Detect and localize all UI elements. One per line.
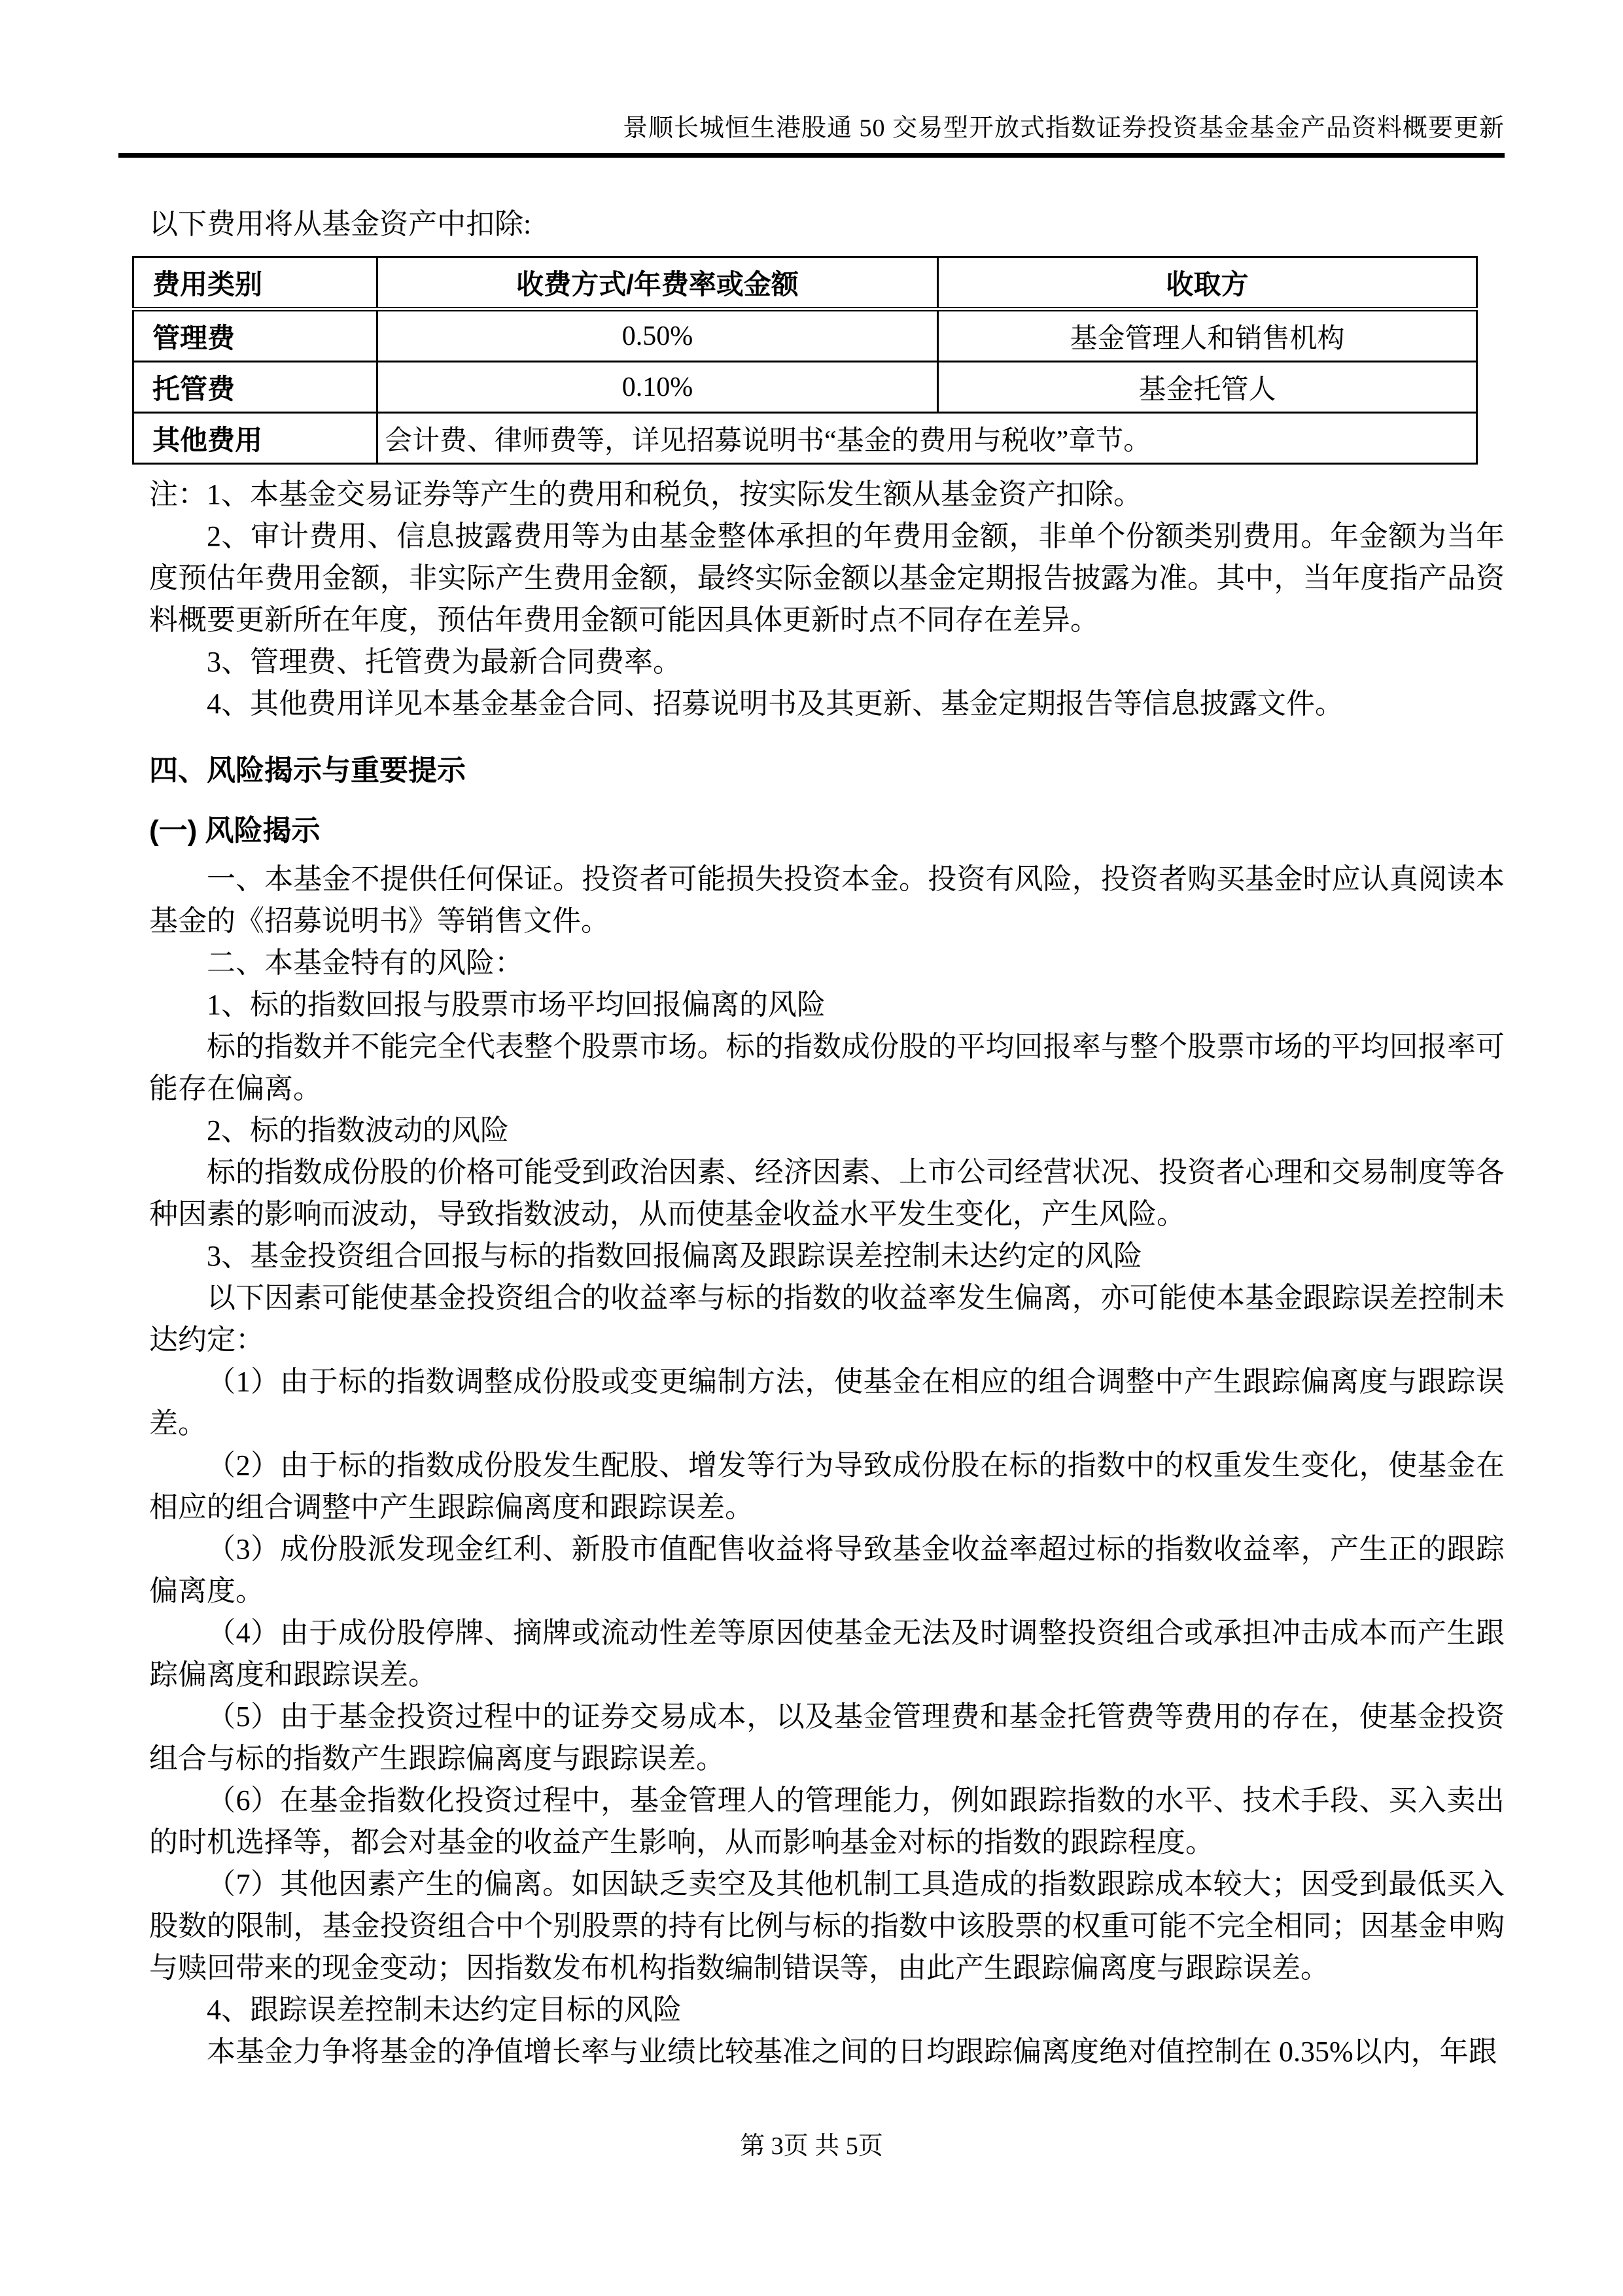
paragraph: 二、本基金特有的风险： <box>149 942 1505 984</box>
fee-table-row: 管理费 0.50% 基金管理人和销售机构 <box>133 309 1477 362</box>
fee-notes: 注：1、本基金交易证券等产生的费用和税负，按实际发生额从基金资产扣除。2、审计费… <box>149 474 1505 725</box>
paragraph: 1、标的指数回报与股票市场平均回报偏离的风险 <box>149 984 1505 1026</box>
fee-value-cell: 会计费、律师费等，详见招募说明书“基金的费用与税收”章节。 <box>377 413 1477 464</box>
paragraph: （2）由于标的指数成份股发生配股、增发等行为导致成份股在标的指数中的权重发生变化… <box>149 1445 1505 1528</box>
paragraph: 3、管理费、托管费为最新合同费率。 <box>149 641 1505 683</box>
subsection-heading-risk-disclosure: (一) 风险揭示 <box>149 810 1505 852</box>
paragraph: 4、跟踪误差控制未达约定目标的风险 <box>149 1989 1505 2031</box>
fee-type-cell: 其他费用 <box>133 413 377 464</box>
fee-table-body: 管理费 0.50% 基金管理人和销售机构 托管费 0.10% 基金托管人 其他费… <box>133 309 1477 464</box>
fee-table-header-type: 费用类别 <box>133 257 377 309</box>
header-rule <box>118 153 1505 158</box>
paragraph: （7）其他因素产生的偏离。如因缺乏卖空及其他机制工具造成的指数跟踪成本较大；因受… <box>149 1863 1505 1989</box>
section-heading-risk: 四、风险揭示与重要提示 <box>149 750 1505 792</box>
paragraph: （3）成份股派发现金红利、新股市值配售收益将导致基金收益率超过标的指数收益率，产… <box>149 1528 1505 1612</box>
paragraph: 以下因素可能使基金投资组合的收益率与标的指数的收益率发生偏离，亦可能使本基金跟踪… <box>149 1277 1505 1361</box>
fee-table-header-rate: 收费方式/年费率或金额 <box>377 257 938 309</box>
paragraph: （6）在基金指数化投资过程中，基金管理人的管理能力，例如跟踪指数的水平、技术手段… <box>149 1780 1505 1863</box>
paragraph: （4）由于成份股停牌、摘牌或流动性差等原因使基金无法及时调整投资组合或承担冲击成… <box>149 1612 1505 1696</box>
paragraph: 标的指数并不能完全代表整个股票市场。标的指数成份股的平均回报率与整个股票市场的平… <box>149 1026 1505 1110</box>
fee-collector-cell: 基金管理人和销售机构 <box>938 309 1477 362</box>
paragraph: （5）由于基金投资过程中的证券交易成本，以及基金管理费和基金托管费等费用的存在，… <box>149 1696 1505 1780</box>
paragraph: 本基金力争将基金的净值增长率与业绩比较基准之间的日均跟踪偏离度绝对值控制在 0.… <box>149 2031 1505 2073</box>
paragraph: 2、标的指数波动的风险 <box>149 1110 1505 1152</box>
fee-table-intro: 以下费用将从基金资产中扣除: <box>149 203 1505 245</box>
paragraph: 2、审计费用、信息披露费用等为由基金整体承担的年费用金额，非单个份额类别费用。年… <box>149 516 1505 641</box>
fee-value-cell: 0.50% <box>377 309 938 362</box>
document-page: 景顺长城恒生港股通 50 交易型开放式指数证券投资基金基金产品资料概要更新 以下… <box>0 0 1623 2296</box>
fee-type-cell: 托管费 <box>133 362 377 413</box>
fee-type-cell: 管理费 <box>133 309 377 362</box>
fee-table: 费用类别 收费方式/年费率或金额 收取方 管理费 0.50% 基金管理人和销售机… <box>132 256 1478 465</box>
paragraph: 注：1、本基金交易证券等产生的费用和税负，按实际发生额从基金资产扣除。 <box>149 474 1505 516</box>
fee-collector-cell: 基金托管人 <box>938 362 1477 413</box>
paragraph: 标的指数成份股的价格可能受到政治因素、经济因素、上市公司经营状况、投资者心理和交… <box>149 1152 1505 1235</box>
fee-value-cell: 0.10% <box>377 362 938 413</box>
risk-paragraphs: 一、本基金不提供任何保证。投资者可能损失投资本金。投资有风险，投资者购买基金时应… <box>149 858 1505 2073</box>
page-content: 以下费用将从基金资产中扣除: 费用类别 收费方式/年费率或金额 收取方 管理费 … <box>0 203 1623 2073</box>
fee-table-row: 其他费用 会计费、律师费等，详见招募说明书“基金的费用与税收”章节。 <box>133 413 1477 464</box>
fee-table-header-row: 费用类别 收费方式/年费率或金额 收取方 <box>133 257 1477 309</box>
paragraph: 一、本基金不提供任何保证。投资者可能损失投资本金。投资有风险，投资者购买基金时应… <box>149 858 1505 942</box>
page-header: 景顺长城恒生港股通 50 交易型开放式指数证券投资基金基金产品资料概要更新 <box>0 0 1623 158</box>
paragraph: 4、其他费用详见本基金基金合同、招募说明书及其更新、基金定期报告等信息披露文件。 <box>149 683 1505 725</box>
document-header-title: 景顺长城恒生港股通 50 交易型开放式指数证券投资基金基金产品资料概要更新 <box>118 113 1505 144</box>
page-number-footer: 第 3页 共 5页 <box>0 2125 1623 2161</box>
fee-table-header-collector: 收取方 <box>938 257 1477 309</box>
fee-table-row: 托管费 0.10% 基金托管人 <box>133 362 1477 413</box>
paragraph: 3、基金投资组合回报与标的指数回报偏离及跟踪误差控制未达约定的风险 <box>149 1235 1505 1277</box>
paragraph: （1）由于标的指数调整成份股或变更编制方法，使基金在相应的组合调整中产生跟踪偏离… <box>149 1361 1505 1445</box>
